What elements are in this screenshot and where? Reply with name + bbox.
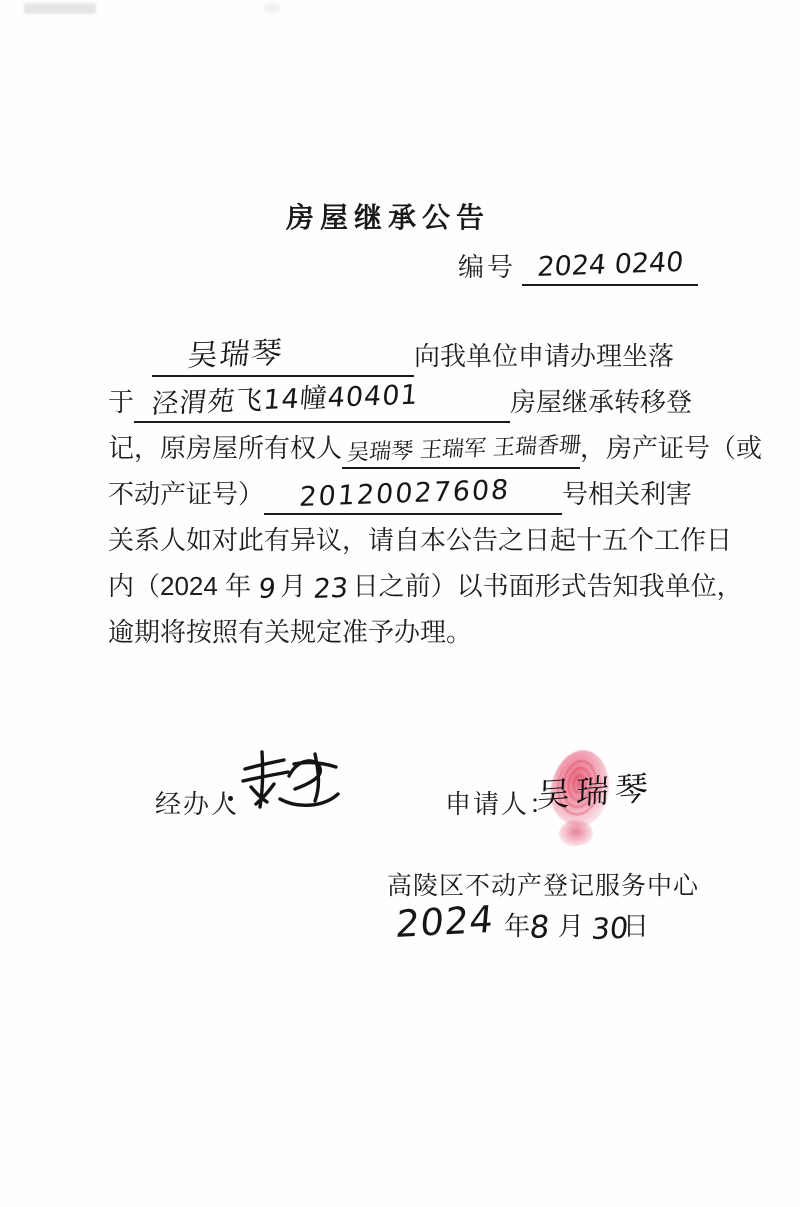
applicant-blank-underline: 吴瑞琴: [152, 337, 414, 377]
handler-label: 经办人: [155, 784, 239, 821]
body-text: 月: [280, 566, 306, 607]
certificate-number-handwritten: 20120027608: [298, 475, 512, 513]
fingerprint-small-blob: [559, 820, 593, 846]
issuing-org: 高陵区不动产登记服务中心: [387, 866, 699, 902]
scan-artifact: [264, 4, 280, 12]
body-line-6: 内（2024 年 9 月 23 日之前）以书面形式告知我单位，: [108, 561, 692, 607]
body-text: 关系人如对此有异议，请自本公告之日起十五个工作日: [108, 520, 732, 561]
date-month-handwritten: 8: [528, 909, 551, 946]
address-blank-underline: 泾渭苑飞14幢40401: [134, 383, 510, 423]
body-text: 日之前）以书面形式告知我单位，: [353, 566, 743, 607]
body-line-1: 吴瑞琴 向我单位申请办理坐落: [108, 331, 692, 377]
serial-number-row: 编号 2024 0240: [458, 247, 698, 286]
page-title: 房屋继承公告: [0, 196, 776, 236]
scanned-notice-page: 房屋继承公告 编号 2024 0240 吴瑞琴 向我单位申请办理坐落 于 泾渭苑…: [0, 0, 800, 1207]
body-text: 向我单位申请办理坐落: [414, 336, 674, 377]
issue-date: 2024 年 8 月 30 日: [394, 903, 649, 946]
body-text: 内（2024 年: [108, 566, 251, 607]
body-text: 号相关利害: [562, 474, 692, 515]
applicant-signature-handwritten: 吴瑞琴: [536, 762, 654, 817]
body-text: 房屋继承转移登: [510, 382, 692, 423]
date-year-unit: 年: [504, 906, 530, 946]
deadline-month-handwritten: 9: [257, 573, 277, 607]
owners-handwritten: 吴瑞琴 王瑞军 王瑞香珊: [346, 428, 583, 467]
certificate-blank-underline: 20120027608: [264, 475, 562, 515]
notice-body: 吴瑞琴 向我单位申请办理坐落 于 泾渭苑飞14幢40401 房屋继承转移登 记，…: [108, 331, 692, 653]
owners-blank-underline: 吴瑞琴 王瑞军 王瑞香珊: [342, 429, 580, 469]
body-line-4: 不动产证号） 20120027608 号相关利害: [108, 469, 692, 515]
body-line-3: 记，原房屋所有权人 吴瑞琴 王瑞军 王瑞香珊 ，房产证号（或: [108, 423, 692, 469]
address-handwritten: 泾渭苑飞14幢40401: [150, 373, 421, 421]
applicant-name-handwritten: 吴瑞琴: [186, 327, 286, 375]
date-year-handwritten: 2024: [394, 898, 496, 946]
scan-artifact: [24, 3, 96, 14]
body-text: 逾期将按照有关规定准予办理。: [108, 612, 472, 653]
body-line-5: 关系人如对此有异议，请自本公告之日起十五个工作日: [108, 515, 692, 561]
deadline-day-handwritten: 23: [312, 573, 349, 607]
body-text: ，房产证号（或: [580, 428, 762, 469]
body-line-2: 于 泾渭苑飞14幢40401 房屋继承转移登: [108, 377, 692, 423]
body-text: 记，原房屋所有权人: [108, 428, 342, 469]
body-text: 不动产证号）: [108, 474, 264, 515]
serial-label: 编号: [458, 247, 516, 286]
date-month-unit: 月: [558, 906, 584, 946]
serial-underline: 2024 0240: [522, 252, 698, 286]
body-text: 于: [108, 382, 134, 423]
body-line-7: 逾期将按照有关规定准予办理。: [108, 607, 692, 653]
serial-value-handwritten: 2024 0240: [536, 247, 685, 283]
date-day-handwritten: 30: [590, 911, 630, 946]
handler-signature-scrawl: [232, 747, 344, 817]
